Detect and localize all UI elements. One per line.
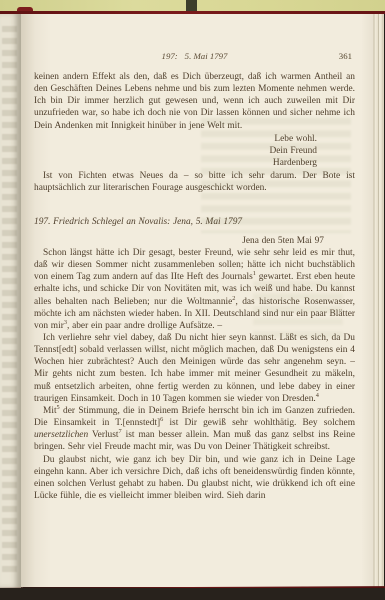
letter-197-paragraph-2: Ich verliehre sehr viel dabey, daß Du ni… [34, 332, 355, 405]
letter-body: keinen andern Effekt als den, daß es Dic… [34, 71, 355, 502]
running-title-entry-number: 197: [162, 51, 178, 61]
closing-line: Dein Freund [34, 145, 317, 157]
book-cover-bottom-edge [0, 588, 385, 600]
letter-197-paragraph-4: Du glaubst nicht, wie ganz ich bey Dir b… [34, 454, 355, 503]
book-photo: 197:5. Mai 1797 361 keinen andern Effekt… [0, 0, 385, 600]
running-title: 197:5. Mai 1797 [162, 51, 228, 61]
page-edges-right [372, 5, 384, 588]
running-title-date: 5. Mai 1797 [185, 51, 228, 61]
letter-196-continuation: keinen andern Effekt als den, daß es Dic… [34, 71, 355, 132]
closing-line: Hardenberg [34, 157, 317, 169]
cover-top-rule [0, 11, 385, 14]
page-number: 361 [339, 51, 352, 61]
letter-197-paragraph-3: Mit5 der Stimmung, die in Deinem Briefe … [34, 405, 355, 454]
letter-197-heading: 197. Friedrich Schlegel an Novalis: Jena… [34, 216, 355, 228]
letter-197-paragraph-1: Schon längst hätte ich Dir gesagt, beste… [34, 247, 355, 332]
letter-197-dateline: Jena den 5ten Mai 97 [34, 235, 355, 247]
closing-line: Lebe wohl. [34, 133, 317, 145]
letter-postscript: Ist von Fichten etwas Neues da – so bitt… [34, 170, 355, 194]
letter-closing: Lebe wohl.Dein FreundHardenberg [34, 133, 355, 169]
facing-page-edge [0, 12, 23, 589]
book-page: 197:5. Mai 1797 361 keinen andern Effekt… [21, 13, 373, 587]
footnote-marker: 4 [316, 392, 319, 399]
facing-page-ghost-text [2, 26, 17, 575]
running-header: 197:5. Mai 1797 361 [34, 51, 355, 61]
